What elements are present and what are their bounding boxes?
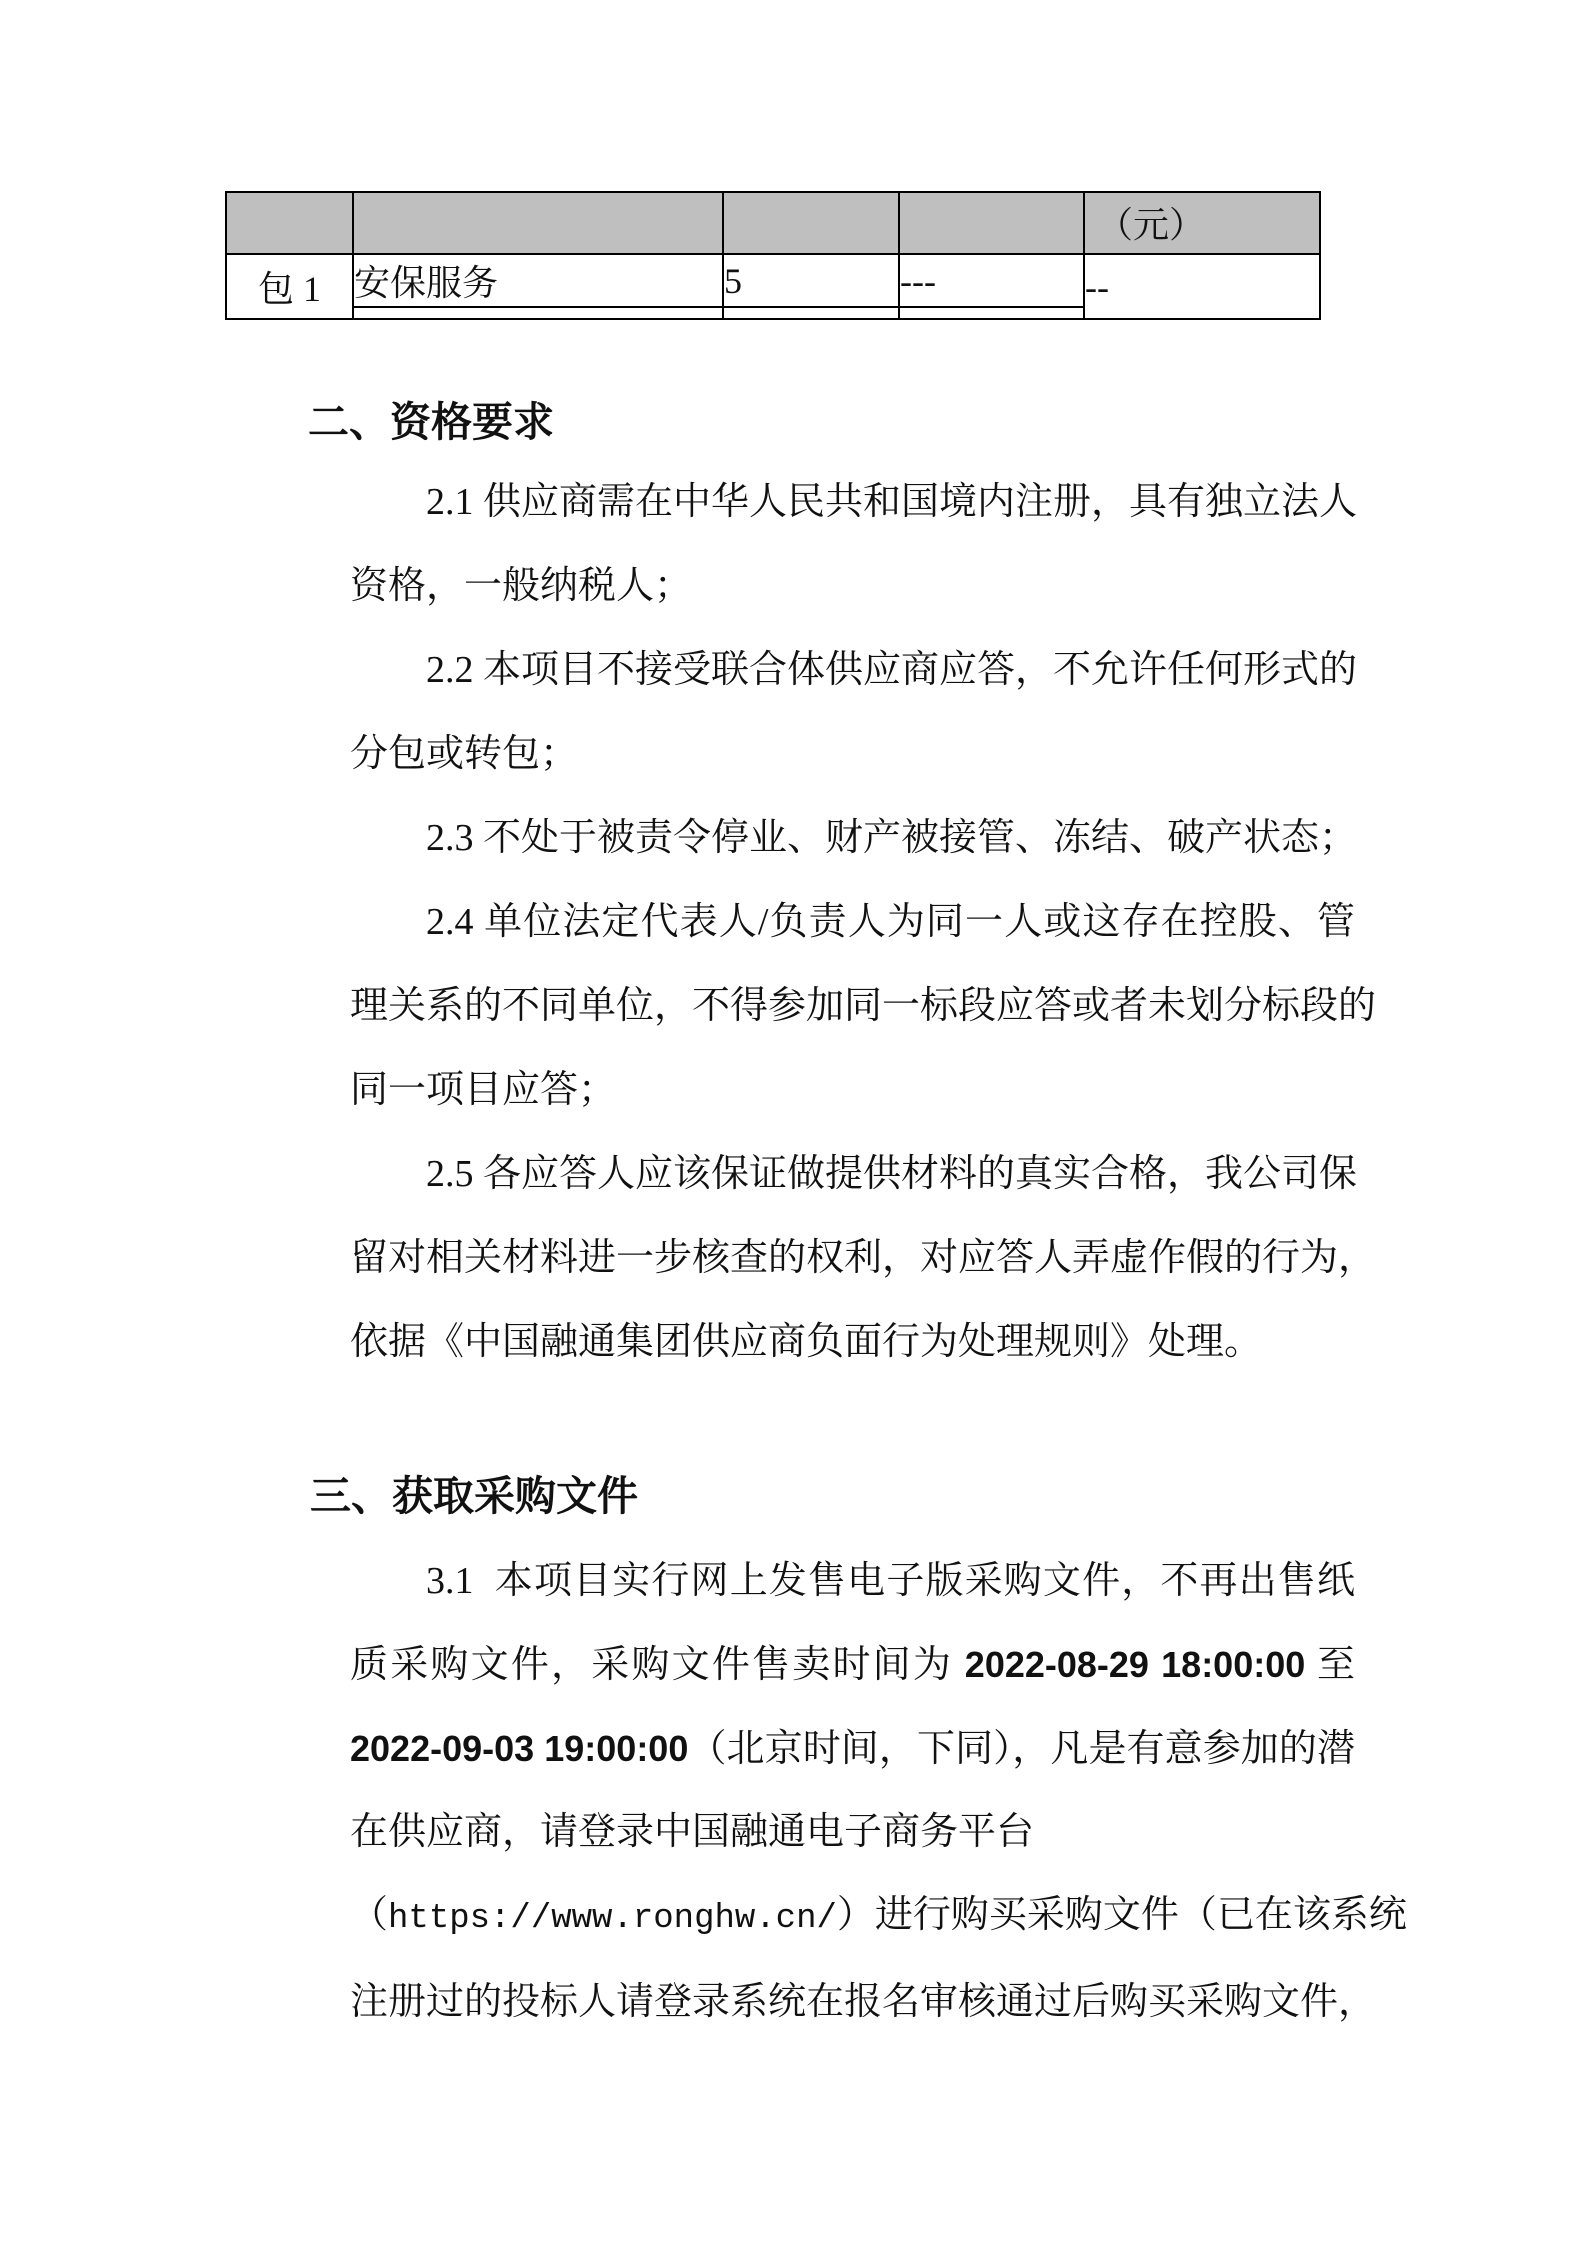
paragraph-3-1-line-2: 质采购文件，采购文件售卖时间为 2022-08-29 18:00:00 至 bbox=[350, 1623, 1355, 1707]
paragraph-3-1-line-1: 3.1 本项目实行网上发售电子版采购文件，不再出售纸 bbox=[350, 1540, 1355, 1623]
sale-end-datetime: 2022-09-03 19:00:00 bbox=[350, 1728, 688, 1769]
paragraph-2-5-line-1: 2.5 各应答人应该保证做提供材料的真实合格，我公司保 bbox=[350, 1132, 1355, 1216]
sale-time-to: 至 bbox=[1305, 1644, 1355, 1686]
section-heading-obtain-documents: 三、获取采购文件 bbox=[310, 1472, 638, 1520]
clipped-cell bbox=[723, 307, 899, 319]
paragraph-2-4-line-1: 2.4 单位法定代表人/负责人为同一人或这存在控股、管 bbox=[350, 880, 1355, 964]
sale-start-datetime: 2022-08-29 18:00:00 bbox=[965, 1644, 1305, 1685]
url-open-paren: （ bbox=[350, 1894, 388, 1936]
paragraph-2-4-line-2: 理关系的不同单位，不得参加同一标段应答或者未划分标段的 bbox=[350, 964, 1355, 1048]
clipped-cell bbox=[353, 307, 723, 319]
paragraph-3-1-line-6: 注册过的投标人请登录系统在报名审核通过后购买采购文件， bbox=[350, 1961, 1355, 2044]
header-cell-unit: （元） bbox=[1084, 192, 1320, 254]
table-header-row: （元） bbox=[226, 192, 1320, 254]
cell-service-name: 安保服务 bbox=[353, 254, 723, 307]
clipped-cell bbox=[899, 307, 1084, 319]
document-page: （元） 包 1 安保服务 5 --- -- 二、资格要求 2.1 供应商需在中华… bbox=[0, 0, 1587, 2245]
cell-dashes: --- bbox=[899, 254, 1084, 307]
paragraph-3-1-line-3: 2022-09-03 19:00:00（北京时间，下同），凡是有意参加的潜 bbox=[350, 1707, 1355, 1791]
beijing-time-note: （北京时间，下同），凡是有意参加的潜 bbox=[688, 1728, 1355, 1770]
header-cell-4 bbox=[899, 192, 1084, 254]
header-cell-2 bbox=[353, 192, 723, 254]
cell-package-id: 包 1 bbox=[226, 254, 353, 319]
obtain-paragraphs: 3.1 本项目实行网上发售电子版采购文件，不再出售纸 质采购文件，采购文件售卖时… bbox=[350, 1540, 1355, 2044]
platform-url: https://www.ronghw.cn/ bbox=[388, 1900, 837, 1938]
sale-time-intro: 质采购文件，采购文件售卖时间为 bbox=[350, 1644, 965, 1686]
section-heading-qualification: 二、资格要求 bbox=[308, 398, 554, 446]
qualification-paragraphs: 2.1 供应商需在中华人民共和国境内注册，具有独立法人 资格，一般纳税人； 2.… bbox=[350, 460, 1355, 1384]
paragraph-3-1-line-5: （https://www.ronghw.cn/）进行购买采购文件（已在该系统 bbox=[350, 1874, 1355, 1961]
table-row: 包 1 安保服务 5 --- -- bbox=[226, 254, 1320, 307]
paragraph-2-5-line-3: 依据《中国融通集团供应商负面行为处理规则》处理。 bbox=[350, 1300, 1355, 1384]
url-following-text: ）进行购买采购文件（已在该系统 bbox=[837, 1894, 1407, 1936]
cell-price: -- bbox=[1084, 254, 1320, 319]
paragraph-3-1-line-4: 在供应商，请登录中国融通电子商务平台 bbox=[350, 1791, 1355, 1874]
header-cell-3 bbox=[723, 192, 899, 254]
header-cell-1 bbox=[226, 192, 353, 254]
paragraph-2-1-line-1: 2.1 供应商需在中华人民共和国境内注册，具有独立法人 bbox=[350, 460, 1355, 544]
paragraph-2-5-line-2: 留对相关材料进一步核查的权利，对应答人弄虚作假的行为， bbox=[350, 1216, 1355, 1300]
paragraph-2-2-line-1: 2.2 本项目不接受联合体供应商应答，不允许任何形式的 bbox=[350, 628, 1355, 712]
paragraph-2-3: 2.3 不处于被责令停业、财产被接管、冻结、破产状态； bbox=[350, 796, 1355, 880]
cell-quantity: 5 bbox=[723, 254, 899, 307]
paragraph-2-4-line-3: 同一项目应答； bbox=[350, 1048, 1355, 1132]
paragraph-2-2-line-2: 分包或转包； bbox=[350, 712, 1355, 796]
lot-table: （元） 包 1 安保服务 5 --- -- bbox=[225, 191, 1321, 320]
paragraph-2-1-line-2: 资格，一般纳税人； bbox=[350, 544, 1355, 628]
